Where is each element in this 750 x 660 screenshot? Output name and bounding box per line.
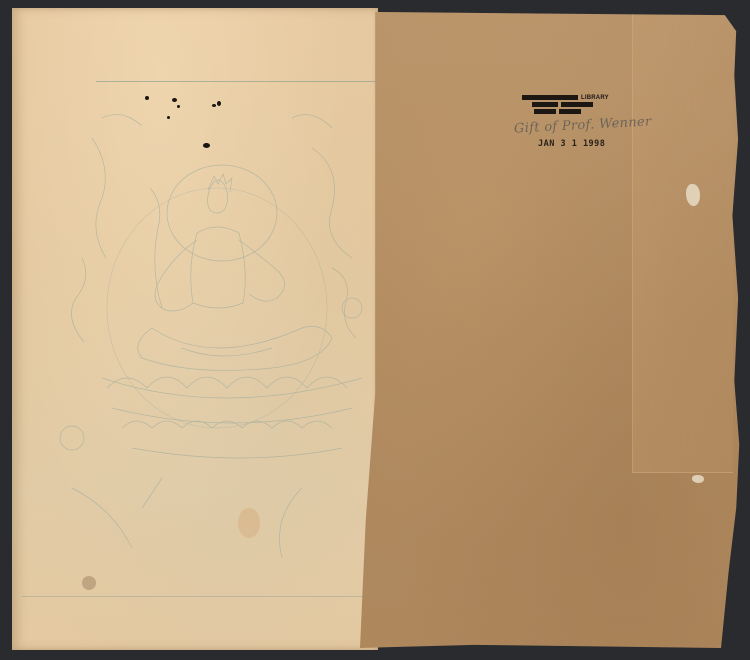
paper-flap (632, 12, 733, 473)
book-scan: LIBRARY Gift of Prof. Wenner JAN 3 1 199… (0, 0, 750, 660)
stamp-text-library: LIBRARY (581, 95, 609, 101)
paper-damage-speck (145, 96, 149, 100)
stamp-line-1: LIBRARY (522, 95, 640, 102)
left-page (12, 8, 378, 650)
date-stamp: JAN 3 1 1998 (538, 139, 605, 149)
water-stain (82, 576, 96, 590)
paper-tear (686, 184, 700, 206)
paper-damage-speck (217, 101, 221, 106)
library-stamp: LIBRARY (520, 95, 640, 116)
paper-damage-speck (212, 104, 216, 107)
paper-damage-speck (172, 98, 177, 102)
paper-damage-speck (177, 105, 180, 108)
paper-tear (692, 475, 704, 483)
paper-damage-speck (167, 116, 170, 119)
seated-deity-drawing (12, 8, 378, 650)
paper-damage-speck (203, 143, 210, 148)
water-stain (238, 508, 260, 538)
stamp-line-2 (532, 102, 640, 109)
